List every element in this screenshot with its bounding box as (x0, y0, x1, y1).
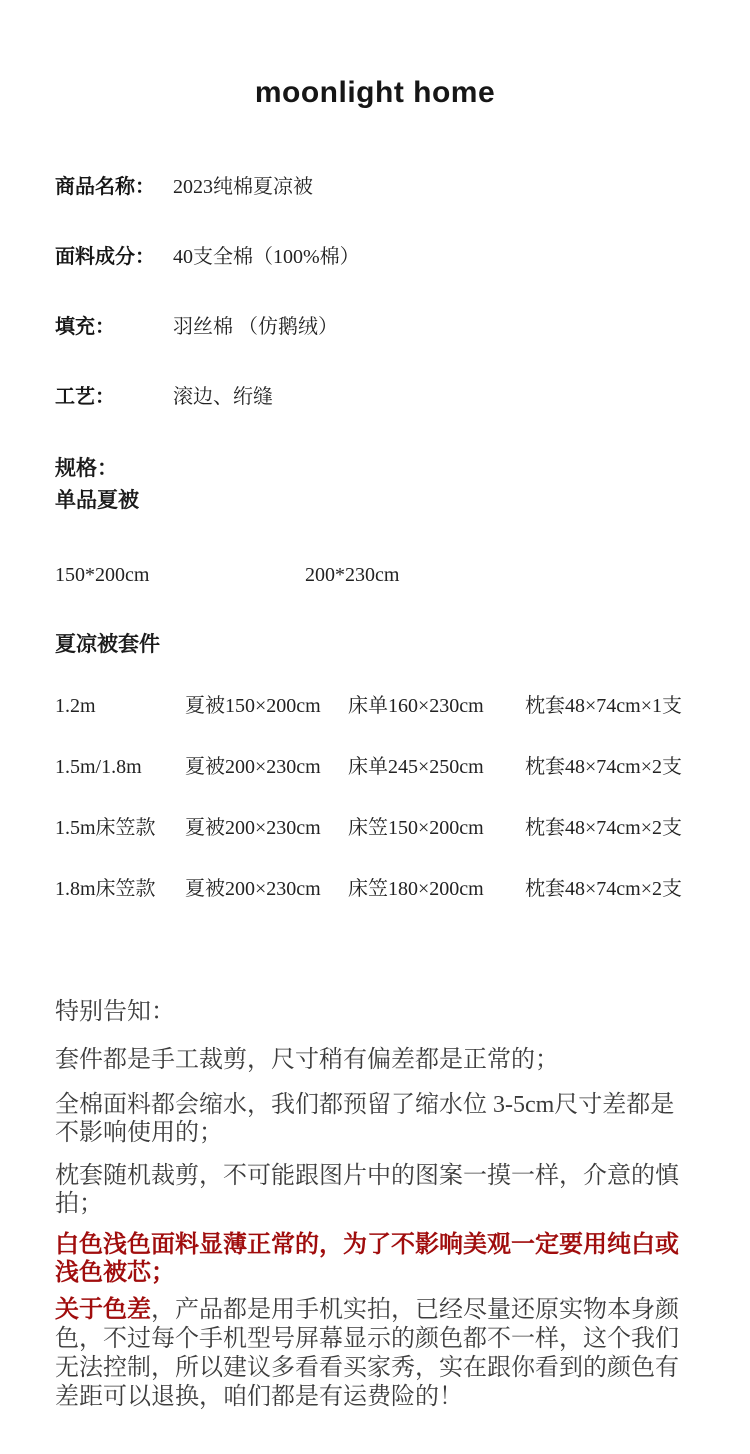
spec-value: 40支全棉（100%棉） (173, 246, 360, 268)
set-pillowcase: 枕套48×74cm×2支 (525, 817, 745, 839)
set-sheet: 床笠180×200cm (348, 878, 525, 900)
spec-row-filling: 填充： 羽丝棉 （仿鹅绒） (55, 316, 715, 338)
table-row: 1.2m 夏被150×200cm 床单160×230cm 枕套48×74cm×1… (55, 695, 745, 717)
set-quilt: 夏被200×230cm (185, 878, 348, 900)
table-row: 1.5m/1.8m 夏被200×230cm 床单245×250cm 枕套48×7… (55, 756, 745, 778)
set-sheet: 床单160×230cm (348, 695, 525, 717)
spec-row-fabric: 面料成分： 40支全棉（100%棉） (55, 246, 715, 268)
set-quilt: 夏被150×200cm (185, 695, 348, 717)
section-title-quilt-set: 夏凉被套件 (55, 632, 160, 656)
single-quilt-sizes: 150*200cm 200*230cm (55, 564, 715, 586)
notice-paragraph-light-fabric-warning: 白色浅色面料显薄正常的，为了不影响美观一定要用纯白或浅色被芯； (55, 1231, 695, 1287)
spec-label: 填充： (55, 316, 173, 338)
spec-row-craft: 工艺： 滚边、绗缝 (55, 386, 715, 408)
single-size-1: 150*200cm (55, 564, 305, 586)
table-row: 1.5m床笠款 夏被200×230cm 床笠150×200cm 枕套48×74c… (55, 817, 745, 839)
notice-paragraph-handcut: 套件都是手工裁剪，尺寸稍有偏差都是正常的； (55, 1046, 695, 1074)
spec-value: 羽丝棉 （仿鹅绒） (173, 316, 338, 338)
single-size-2: 200*230cm (305, 564, 399, 586)
set-sheet: 床笠150×200cm (348, 817, 525, 839)
spec-label: 商品名称： (55, 176, 173, 198)
set-pillowcase: 枕套48×74cm×2支 (525, 756, 745, 778)
spec-label: 面料成分： (55, 246, 173, 268)
set-quilt: 夏被200×230cm (185, 817, 348, 839)
table-row: 1.8m床笠款 夏被200×230cm 床笠180×200cm 枕套48×74c… (55, 878, 745, 900)
quilt-set-table: 1.2m 夏被150×200cm 床单160×230cm 枕套48×74cm×1… (55, 695, 745, 939)
notice-paragraph-color-difference: 关于色差，产品都是用手机实拍，已经尽量还原实物本身颜色，不过每个手机型号屏幕显示… (55, 1296, 695, 1412)
spec-row-product-name: 商品名称： 2023纯棉夏凉被 (55, 176, 715, 198)
section-title-single-quilt: 单品夏被 (55, 488, 139, 512)
spec-value: 2023纯棉夏凉被 (173, 176, 313, 198)
product-detail-page: moonlight home 商品名称： 2023纯棉夏凉被 面料成分： 40支… (0, 0, 750, 1454)
notice-paragraph-pillowcase-pattern: 枕套随机裁剪，不可能跟图片中的图案一摸一样，介意的慎拍； (55, 1162, 695, 1218)
set-size: 1.5m床笠款 (55, 817, 185, 839)
set-size: 1.5m/1.8m (55, 756, 185, 778)
brand-title: moonlight home (0, 76, 750, 110)
spec-list: 商品名称： 2023纯棉夏凉被 面料成分： 40支全棉（100%棉） 填充： 羽… (55, 176, 715, 456)
section-title-specifications: 规格： (55, 456, 118, 480)
set-size: 1.8m床笠款 (55, 878, 185, 900)
set-quilt: 夏被200×230cm (185, 756, 348, 778)
notice-paragraph-shrinkage: 全棉面料都会缩水，我们都预留了缩水位 3-5cm尺寸差都是不影响使用的； (55, 1091, 695, 1147)
notice-heading: 特别告知： (55, 998, 175, 1026)
set-pillowcase: 枕套48×74cm×1支 (525, 695, 745, 717)
spec-label: 工艺： (55, 386, 173, 408)
set-size: 1.2m (55, 695, 185, 717)
spec-value: 滚边、绗缝 (173, 386, 273, 408)
set-sheet: 床单245×250cm (348, 756, 525, 778)
set-pillowcase: 枕套48×74cm×2支 (525, 878, 745, 900)
color-difference-lead: 关于色差 (55, 1297, 151, 1323)
